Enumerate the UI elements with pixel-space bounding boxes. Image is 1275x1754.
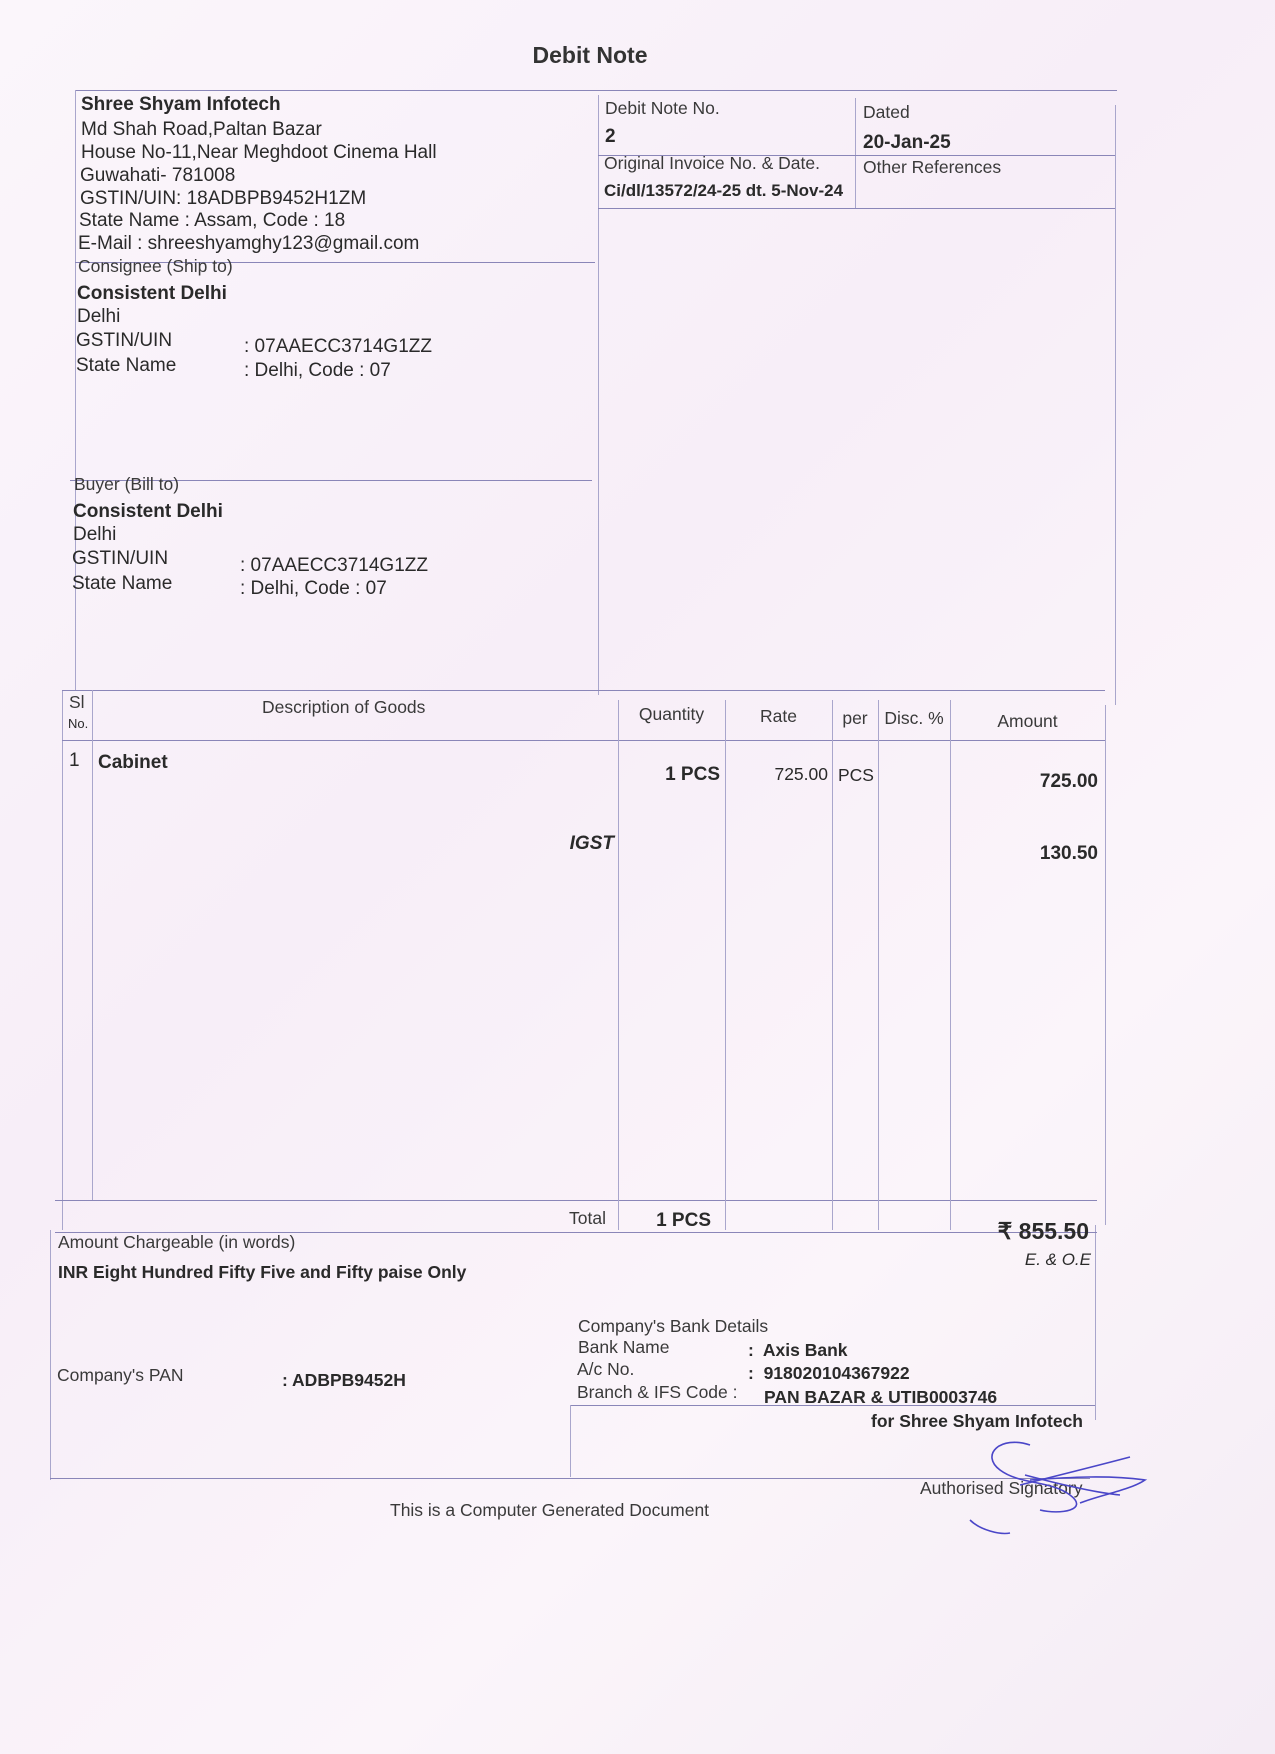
seller-name: Shree Shyam Infotech: [81, 94, 281, 116]
dated-value: 20-Jan-25: [863, 132, 951, 154]
branch-label: Branch & IFS Code :: [577, 1382, 738, 1403]
bank-name-label: Bank Name: [578, 1337, 669, 1358]
consignee-name: Consistent Delhi: [77, 283, 227, 305]
ac-no-value: : 918020104367922: [748, 1363, 910, 1384]
consignee-city: Delhi: [77, 306, 120, 328]
consignee-gstin-label: GSTIN/UIN: [76, 330, 172, 352]
row-per: PCS: [838, 765, 874, 786]
total-amount: ₹ 855.50: [950, 1218, 1089, 1245]
buyer-state-label: State Name: [72, 573, 172, 595]
other-references-label: Other References: [863, 157, 1001, 178]
col-per-header: per: [832, 708, 878, 729]
col-sl-header-2: No.: [68, 716, 88, 731]
buyer-city: Delhi: [73, 524, 116, 546]
computer-generated-note: This is a Computer Generated Document: [390, 1500, 709, 1521]
pan-value: : ADBPB9452H: [282, 1370, 406, 1391]
eoe-note: E. & O.E: [950, 1250, 1091, 1270]
buyer-gstin: : 07AAECC3714G1ZZ: [240, 555, 428, 577]
col-desc-header: Description of Goods: [262, 697, 425, 718]
seller-address-3: Guwahati- 781008: [80, 165, 235, 187]
total-qty: 1 PCS: [618, 1210, 711, 1232]
row-amount: 725.00: [950, 771, 1098, 793]
igst-amount: 130.50: [950, 843, 1098, 865]
seller-address-2: House No-11,Near Meghdoot Cinema Hall: [81, 142, 437, 164]
consignee-gstin: : 07AAECC3714G1ZZ: [244, 336, 432, 358]
col-disc-header: Disc. %: [878, 708, 950, 729]
row-sl: 1: [69, 750, 80, 772]
buyer-state: : Delhi, Code : 07: [240, 578, 387, 600]
amount-words-label: Amount Chargeable (in words): [58, 1232, 295, 1253]
seller-address-1: Md Shah Road,Paltan Bazar: [81, 119, 322, 141]
orig-invoice-label: Original Invoice No. & Date.: [604, 153, 820, 174]
document-title: Debit Note: [0, 42, 1180, 69]
col-sl-header: Sl: [69, 692, 85, 713]
pan-label: Company's PAN: [57, 1365, 184, 1386]
col-qty-header: Quantity: [618, 704, 725, 725]
igst-label: IGST: [480, 833, 614, 855]
col-rate-header: Rate: [725, 706, 832, 727]
signature-scribble: [960, 1425, 1160, 1535]
consignee-state: : Delhi, Code : 07: [244, 360, 391, 382]
seller-gstin: GSTIN/UIN: 18ADBPB9452H1ZM: [80, 188, 366, 210]
bank-heading: Company's Bank Details: [578, 1316, 768, 1337]
seller-state: State Name : Assam, Code : 18: [79, 210, 345, 232]
orig-invoice-value: Ci/dl/13572/24-25 dt. 5-Nov-24: [604, 181, 843, 201]
row-desc: Cabinet: [98, 752, 168, 774]
bank-name-value: : Axis Bank: [748, 1340, 848, 1361]
row-rate: 725.00: [725, 764, 828, 785]
amount-words-value: INR Eight Hundred Fifty Five and Fifty p…: [58, 1262, 466, 1283]
buyer-heading: Buyer (Bill to): [74, 474, 179, 495]
buyer-gstin-label: GSTIN/UIN: [72, 548, 168, 570]
debit-note-no: 2: [605, 126, 616, 148]
ac-no-label: A/c No.: [577, 1359, 634, 1380]
seller-email: E-Mail : shreeshyamghy123@gmail.com: [78, 233, 419, 255]
dated-label: Dated: [863, 102, 910, 123]
row-qty: 1 PCS: [618, 764, 720, 786]
debit-note-no-label: Debit Note No.: [605, 98, 720, 119]
consignee-heading: Consignee (Ship to): [78, 256, 233, 277]
buyer-name: Consistent Delhi: [73, 501, 223, 523]
consignee-state-label: State Name: [76, 355, 176, 377]
col-amount-header: Amount: [950, 711, 1105, 732]
total-label: Total: [500, 1208, 606, 1229]
